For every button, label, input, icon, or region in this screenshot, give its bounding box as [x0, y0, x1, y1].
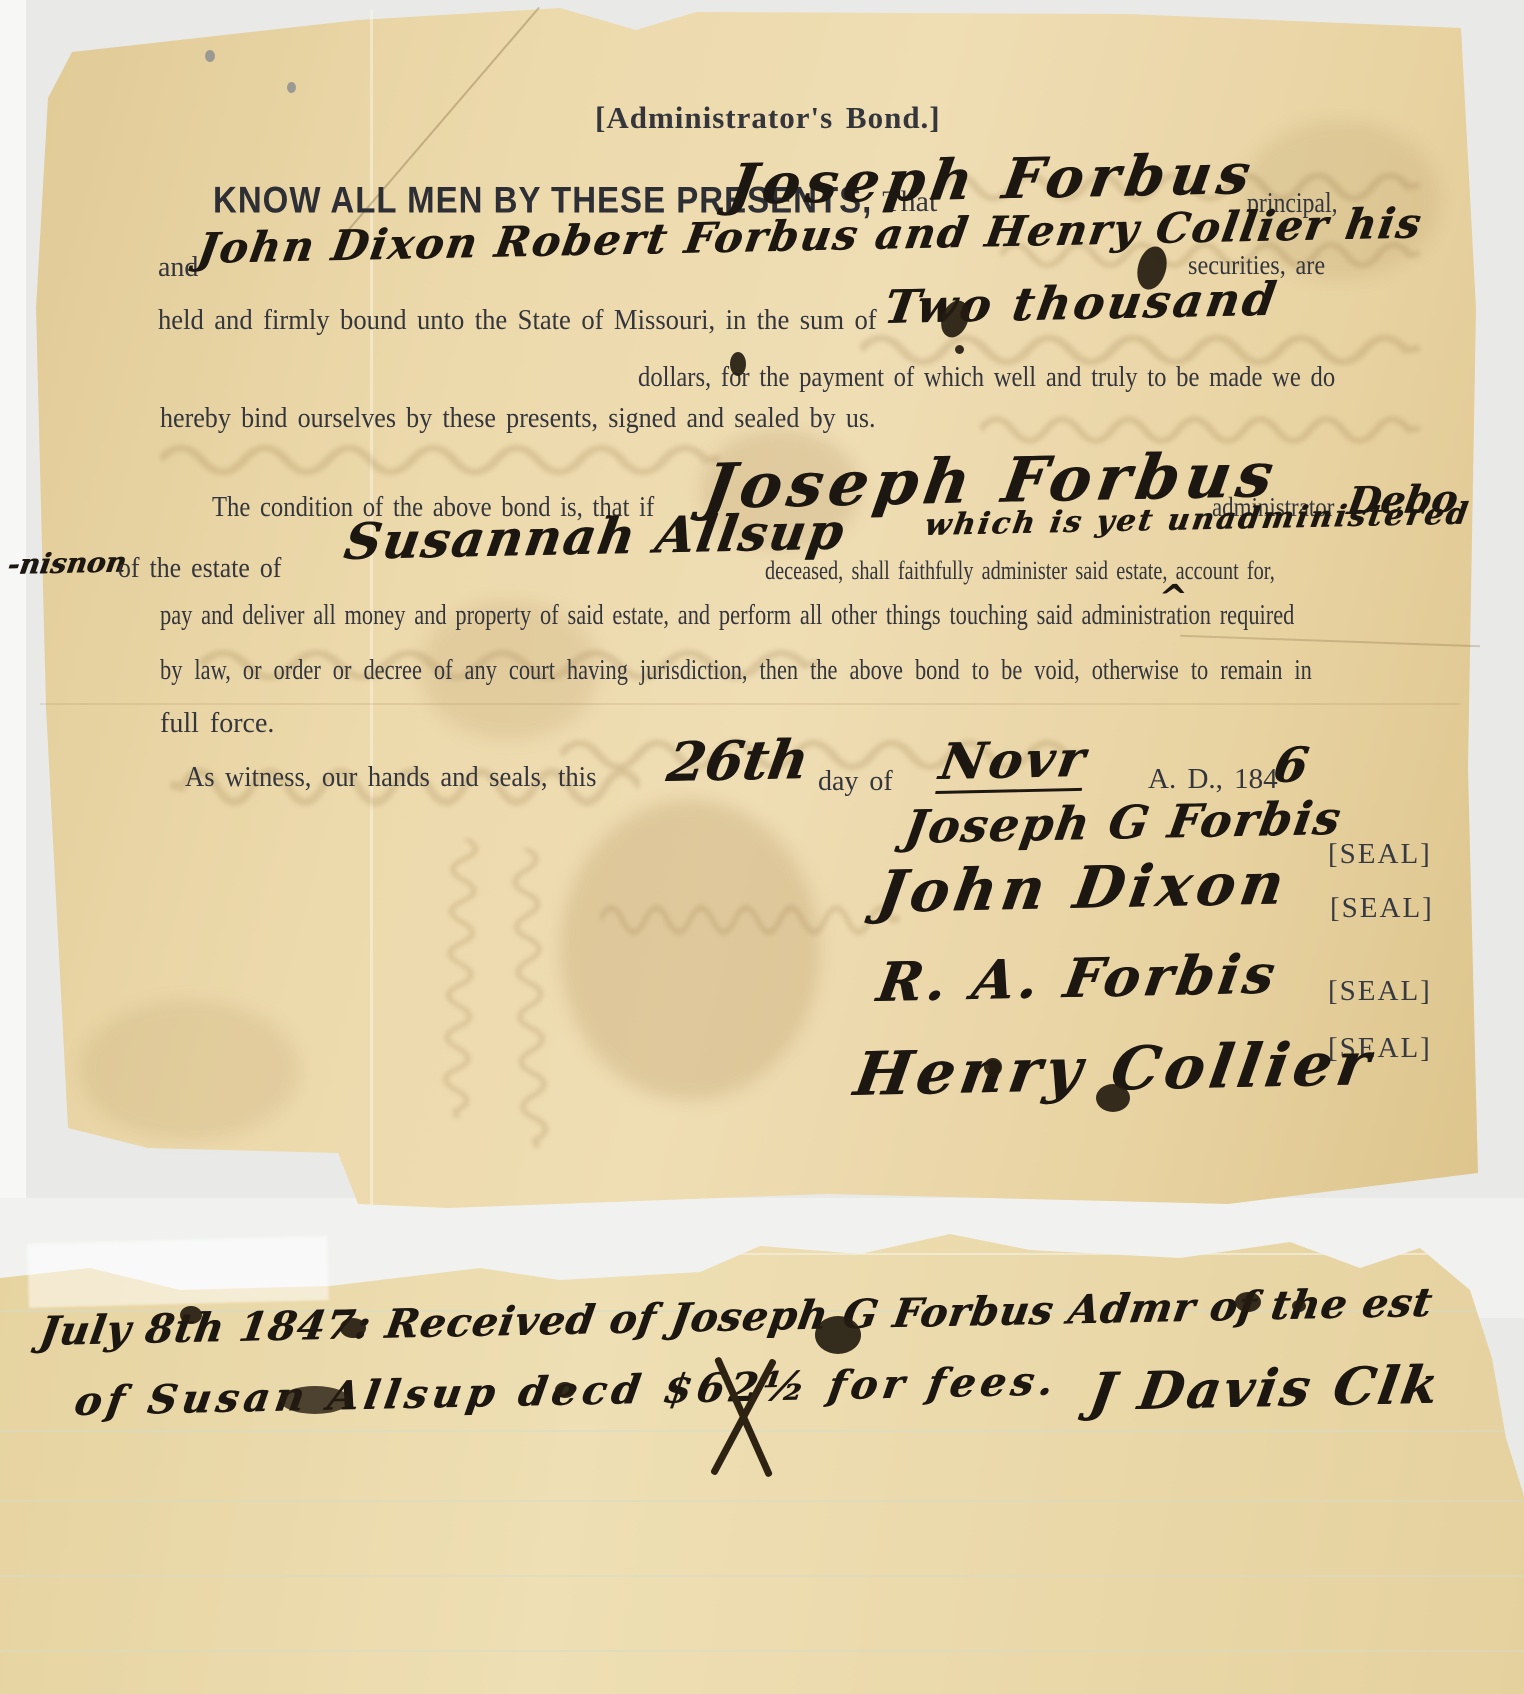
- year-label: A. D., 184: [1148, 763, 1278, 796]
- ink-blot: [815, 1316, 861, 1354]
- staple-mark: [287, 82, 296, 93]
- ink-smear: [280, 1386, 350, 1414]
- ruled-line: [0, 1500, 1524, 1502]
- deceased-clause: deceased, shall faithfully administer sa…: [765, 556, 1275, 586]
- signature-joseph-g-forbis: Joseph G Forbis: [901, 791, 1346, 854]
- fold-crease: [40, 703, 1460, 705]
- form-title: [Administrator's Bond.]: [595, 100, 941, 136]
- paper-stain: [560, 800, 820, 1100]
- seal-label-1: [SEAL]: [1328, 838, 1432, 871]
- ink-blot: [555, 1382, 575, 1398]
- month-value-handwritten: Novr: [935, 729, 1092, 794]
- tape-fragment: [27, 1236, 329, 1308]
- show-through-ghost: [600, 900, 900, 940]
- seal-label-3: [SEAL]: [1328, 975, 1432, 1008]
- ruled-line: [0, 1430, 1524, 1432]
- signature-r-a-forbis: R. A. Forbis: [873, 942, 1283, 1014]
- ruled-line: [0, 1575, 1524, 1577]
- force-clause: full force.: [160, 708, 274, 740]
- witness-clause: As witness, our hands and seals, this: [185, 762, 596, 794]
- staple-mark: [205, 50, 215, 62]
- bound-clause: held and firmly bound unto the State of …: [158, 305, 877, 337]
- paper-stain: [80, 1000, 300, 1140]
- perform-clause: pay and deliver all money and property o…: [160, 600, 1294, 632]
- ink-blot: [1292, 1300, 1306, 1312]
- ink-blot: [180, 1306, 202, 1324]
- law-clause: by law, or order or decree of any court …: [160, 655, 1312, 687]
- ink-blot: [340, 1318, 366, 1338]
- ink-blot: [984, 1058, 1002, 1076]
- ruled-line: [0, 1650, 1524, 1652]
- seal-label-2: [SEAL]: [1330, 892, 1434, 925]
- ink-blot: [955, 345, 964, 354]
- de-bonis-handwritten-part2: -nisnon: [5, 546, 128, 581]
- show-through-ghost: [160, 440, 720, 480]
- bind-clause: hereby bind ourselves by these presents,…: [160, 403, 876, 435]
- day-of-label: day of: [818, 766, 893, 798]
- estate-clause: of the estate of: [118, 553, 281, 585]
- document-scan: [Administrator's Bond.] KNOW ALL MEN BY …: [0, 0, 1524, 1694]
- and-label: and: [158, 252, 198, 284]
- clerk-signature-handwritten: J Davis Clk: [1085, 1355, 1445, 1423]
- ink-blot: [1235, 1292, 1261, 1312]
- day-value-handwritten: 26th: [663, 727, 813, 794]
- ink-blot: [730, 352, 746, 376]
- ink-blot: [1096, 1084, 1130, 1112]
- signature-john-dixon: John Dixon: [873, 849, 1293, 926]
